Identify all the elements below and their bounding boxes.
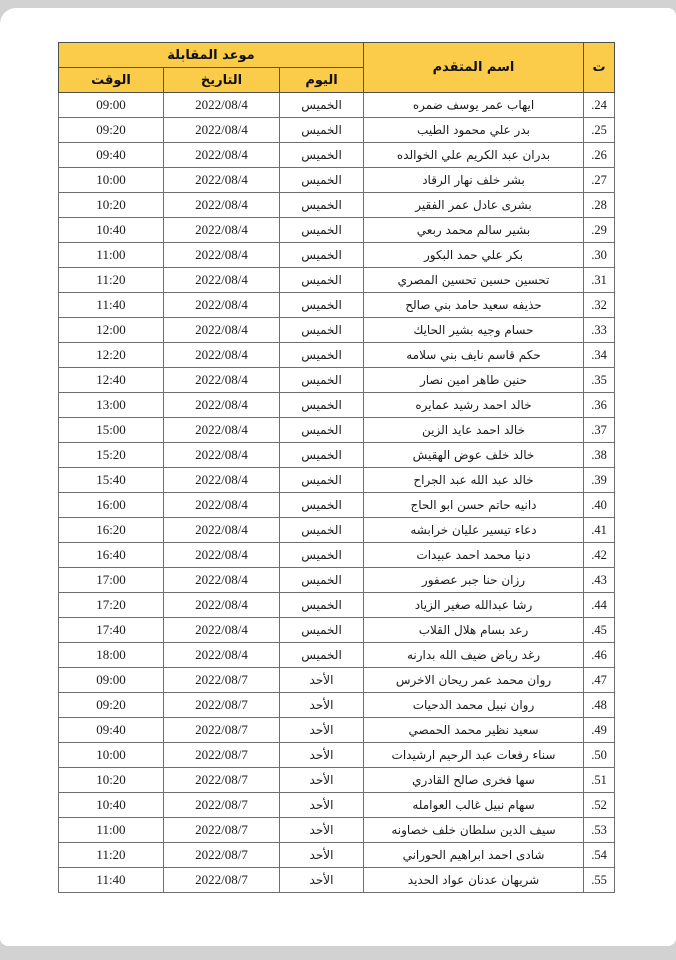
header-applicant-name: اسم المتقدم — [364, 43, 584, 93]
date-cell: 2022/08/4 — [164, 543, 280, 568]
name-cell: بدران عبد الكريم علي الخوالده — [364, 143, 584, 168]
date-cell: 2022/08/7 — [164, 843, 280, 868]
serial-cell: 35. — [584, 368, 615, 393]
name-cell: دانيه حاتم حسن ابو الحاج — [364, 493, 584, 518]
name-cell: سهام نبيل غالب العوامله — [364, 793, 584, 818]
table-row: 36.خالد احمد رشيد عمايرهالخميس2022/08/41… — [59, 393, 615, 418]
name-cell: ايهاب عمر يوسف ضمره — [364, 93, 584, 118]
table-row: 55.شريهان عدنان عواد الحديدالأحد2022/08/… — [59, 868, 615, 893]
table-row: 30.بكر علي حمد البكورالخميس2022/08/411:0… — [59, 243, 615, 268]
name-cell: خالد عبد الله عبد الجراح — [364, 468, 584, 493]
day-cell: الخميس — [280, 568, 364, 593]
name-cell: خالد خلف عوض الهقيش — [364, 443, 584, 468]
serial-cell: 40. — [584, 493, 615, 518]
time-cell: 09:00 — [59, 93, 164, 118]
table-row: 44.رشا عبدالله صغير الزيادالخميس2022/08/… — [59, 593, 615, 618]
day-cell: الخميس — [280, 193, 364, 218]
day-cell: الخميس — [280, 393, 364, 418]
name-cell: بدر علي محمود الطيب — [364, 118, 584, 143]
name-cell: روان نبيل محمد الدحيات — [364, 693, 584, 718]
serial-cell: 45. — [584, 618, 615, 643]
name-cell: بشير سالم محمد ربعي — [364, 218, 584, 243]
time-cell: 10:40 — [59, 218, 164, 243]
serial-cell: 38. — [584, 443, 615, 468]
time-cell: 10:20 — [59, 193, 164, 218]
time-cell: 16:40 — [59, 543, 164, 568]
table-row: 26.بدران عبد الكريم علي الخوالدهالخميس20… — [59, 143, 615, 168]
time-cell: 12:40 — [59, 368, 164, 393]
table-row: 24.ايهاب عمر يوسف ضمرهالخميس2022/08/409:… — [59, 93, 615, 118]
name-cell: سيف الدين سلطان خلف خصاونه — [364, 818, 584, 843]
day-cell: الخميس — [280, 318, 364, 343]
table-row: 27.بشر خلف نهار الرقادالخميس2022/08/410:… — [59, 168, 615, 193]
table-row: 49.سعيد نظير محمد الحمصيالأحد2022/08/709… — [59, 718, 615, 743]
date-cell: 2022/08/7 — [164, 718, 280, 743]
day-cell: الأحد — [280, 743, 364, 768]
time-cell: 11:40 — [59, 293, 164, 318]
serial-cell: 46. — [584, 643, 615, 668]
table-row: 52.سهام نبيل غالب العواملهالأحد2022/08/7… — [59, 793, 615, 818]
table-row: 47.روان محمد عمر ريحان الاخرسالأحد2022/0… — [59, 668, 615, 693]
day-cell: الخميس — [280, 143, 364, 168]
serial-cell: 24. — [584, 93, 615, 118]
table-row: 39.خالد عبد الله عبد الجراحالخميس2022/08… — [59, 468, 615, 493]
date-cell: 2022/08/4 — [164, 143, 280, 168]
serial-cell: 28. — [584, 193, 615, 218]
header-appointment-group: موعد المقابلة — [59, 43, 364, 68]
day-cell: الأحد — [280, 718, 364, 743]
time-cell: 12:00 — [59, 318, 164, 343]
time-cell: 11:40 — [59, 868, 164, 893]
table-row: 33.حسام وجيه بشير الحايكالخميس2022/08/41… — [59, 318, 615, 343]
serial-cell: 52. — [584, 793, 615, 818]
header-date: التاريخ — [164, 68, 280, 93]
serial-cell: 36. — [584, 393, 615, 418]
table-row: 38.خالد خلف عوض الهقيشالخميس2022/08/415:… — [59, 443, 615, 468]
serial-cell: 30. — [584, 243, 615, 268]
date-cell: 2022/08/4 — [164, 418, 280, 443]
time-cell: 09:40 — [59, 143, 164, 168]
time-cell: 15:40 — [59, 468, 164, 493]
table-row: 29.بشير سالم محمد ربعيالخميس2022/08/410:… — [59, 218, 615, 243]
name-cell: شريهان عدنان عواد الحديد — [364, 868, 584, 893]
day-cell: الخميس — [280, 168, 364, 193]
day-cell: الأحد — [280, 818, 364, 843]
day-cell: الأحد — [280, 668, 364, 693]
day-cell: الخميس — [280, 93, 364, 118]
serial-cell: 55. — [584, 868, 615, 893]
date-cell: 2022/08/7 — [164, 868, 280, 893]
name-cell: رعد بسام هلال القلاب — [364, 618, 584, 643]
serial-cell: 44. — [584, 593, 615, 618]
name-cell: سناء رفعات عبد الرحيم ارشيدات — [364, 743, 584, 768]
table-row: 35.حنين طاهر امين نصارالخميس2022/08/412:… — [59, 368, 615, 393]
time-cell: 09:40 — [59, 718, 164, 743]
serial-cell: 50. — [584, 743, 615, 768]
time-cell: 10:20 — [59, 768, 164, 793]
name-cell: سها فخرى صالح القادري — [364, 768, 584, 793]
name-cell: رزان حنا جبر عصفور — [364, 568, 584, 593]
serial-cell: 54. — [584, 843, 615, 868]
day-cell: الأحد — [280, 693, 364, 718]
serial-cell: 42. — [584, 543, 615, 568]
table-row: 32.حذيفه سعيد حامد بني صالحالخميس2022/08… — [59, 293, 615, 318]
table-row: 37.خالد احمد عايد الزينالخميس2022/08/415… — [59, 418, 615, 443]
table-header: ت اسم المتقدم موعد المقابلة اليوم التاري… — [59, 43, 615, 93]
date-cell: 2022/08/7 — [164, 793, 280, 818]
table-row: 42.دنيا محمد احمد عبيداتالخميس2022/08/41… — [59, 543, 615, 568]
time-cell: 10:00 — [59, 168, 164, 193]
time-cell: 11:00 — [59, 243, 164, 268]
table-row: 28.بشرى عادل عمر الفقيرالخميس2022/08/410… — [59, 193, 615, 218]
date-cell: 2022/08/4 — [164, 518, 280, 543]
table-row: 45.رعد بسام هلال القلابالخميس2022/08/417… — [59, 618, 615, 643]
serial-cell: 33. — [584, 318, 615, 343]
serial-cell: 25. — [584, 118, 615, 143]
name-cell: تحسين حسين تحسين المصري — [364, 268, 584, 293]
serial-cell: 43. — [584, 568, 615, 593]
date-cell: 2022/08/4 — [164, 293, 280, 318]
day-cell: الخميس — [280, 293, 364, 318]
table-row: 50.سناء رفعات عبد الرحيم ارشيداتالأحد202… — [59, 743, 615, 768]
day-cell: الخميس — [280, 543, 364, 568]
day-cell: الخميس — [280, 618, 364, 643]
serial-cell: 27. — [584, 168, 615, 193]
day-cell: الأحد — [280, 793, 364, 818]
table-row: 31.تحسين حسين تحسين المصريالخميس2022/08/… — [59, 268, 615, 293]
serial-cell: 49. — [584, 718, 615, 743]
date-cell: 2022/08/4 — [164, 218, 280, 243]
date-cell: 2022/08/4 — [164, 593, 280, 618]
day-cell: الخميس — [280, 593, 364, 618]
time-cell: 10:40 — [59, 793, 164, 818]
name-cell: حسام وجيه بشير الحايك — [364, 318, 584, 343]
serial-cell: 32. — [584, 293, 615, 318]
serial-cell: 39. — [584, 468, 615, 493]
name-cell: رغد رياض ضيف الله بدارنه — [364, 643, 584, 668]
date-cell: 2022/08/4 — [164, 468, 280, 493]
date-cell: 2022/08/4 — [164, 643, 280, 668]
table-body: 24.ايهاب عمر يوسف ضمرهالخميس2022/08/409:… — [59, 93, 615, 893]
time-cell: 18:00 — [59, 643, 164, 668]
serial-cell: 34. — [584, 343, 615, 368]
date-cell: 2022/08/4 — [164, 618, 280, 643]
date-cell: 2022/08/4 — [164, 168, 280, 193]
date-cell: 2022/08/7 — [164, 818, 280, 843]
time-cell: 17:00 — [59, 568, 164, 593]
serial-cell: 41. — [584, 518, 615, 543]
header-day: اليوم — [280, 68, 364, 93]
name-cell: حنين طاهر امين نصار — [364, 368, 584, 393]
time-cell: 11:00 — [59, 818, 164, 843]
table-row: 25.بدر علي محمود الطيبالخميس2022/08/409:… — [59, 118, 615, 143]
serial-cell: 29. — [584, 218, 615, 243]
name-cell: روان محمد عمر ريحان الاخرس — [364, 668, 584, 693]
time-cell: 15:00 — [59, 418, 164, 443]
date-cell: 2022/08/4 — [164, 318, 280, 343]
serial-cell: 51. — [584, 768, 615, 793]
day-cell: الخميس — [280, 243, 364, 268]
date-cell: 2022/08/4 — [164, 343, 280, 368]
date-cell: 2022/08/4 — [164, 193, 280, 218]
date-cell: 2022/08/4 — [164, 568, 280, 593]
document-page: ت اسم المتقدم موعد المقابلة اليوم التاري… — [0, 8, 676, 946]
time-cell: 12:20 — [59, 343, 164, 368]
time-cell: 13:00 — [59, 393, 164, 418]
header-row-top: ت اسم المتقدم موعد المقابلة — [59, 43, 615, 68]
table-row: 40.دانيه حاتم حسن ابو الحاجالخميس2022/08… — [59, 493, 615, 518]
date-cell: 2022/08/4 — [164, 118, 280, 143]
interview-schedule-table: ت اسم المتقدم موعد المقابلة اليوم التاري… — [58, 42, 615, 893]
serial-cell: 31. — [584, 268, 615, 293]
day-cell: الأحد — [280, 768, 364, 793]
day-cell: الخميس — [280, 418, 364, 443]
serial-cell: 53. — [584, 818, 615, 843]
name-cell: خالد احمد عايد الزين — [364, 418, 584, 443]
day-cell: الأحد — [280, 843, 364, 868]
time-cell: 11:20 — [59, 843, 164, 868]
name-cell: حكم قاسم نايف بني سلامه — [364, 343, 584, 368]
time-cell: 10:00 — [59, 743, 164, 768]
serial-cell: 26. — [584, 143, 615, 168]
serial-cell: 47. — [584, 668, 615, 693]
name-cell: دعاء تيسير عليان خرابشه — [364, 518, 584, 543]
table-row: 48.روان نبيل محمد الدحياتالأحد2022/08/70… — [59, 693, 615, 718]
time-cell: 16:20 — [59, 518, 164, 543]
name-cell: بشرى عادل عمر الفقير — [364, 193, 584, 218]
day-cell: الأحد — [280, 868, 364, 893]
table-row: 53.سيف الدين سلطان خلف خصاونهالأحد2022/0… — [59, 818, 615, 843]
date-cell: 2022/08/4 — [164, 268, 280, 293]
day-cell: الخميس — [280, 368, 364, 393]
serial-cell: 37. — [584, 418, 615, 443]
table-row: 43.رزان حنا جبر عصفورالخميس2022/08/417:0… — [59, 568, 615, 593]
name-cell: دنيا محمد احمد عبيدات — [364, 543, 584, 568]
time-cell: 17:40 — [59, 618, 164, 643]
day-cell: الخميس — [280, 468, 364, 493]
name-cell: سعيد نظير محمد الحمصي — [364, 718, 584, 743]
serial-cell: 48. — [584, 693, 615, 718]
name-cell: رشا عبدالله صغير الزياد — [364, 593, 584, 618]
day-cell: الخميس — [280, 268, 364, 293]
day-cell: الخميس — [280, 218, 364, 243]
table-row: 41.دعاء تيسير عليان خرابشهالخميس2022/08/… — [59, 518, 615, 543]
table-row: 51.سها فخرى صالح القادريالأحد2022/08/710… — [59, 768, 615, 793]
date-cell: 2022/08/4 — [164, 243, 280, 268]
day-cell: الخميس — [280, 643, 364, 668]
table-row: 46.رغد رياض ضيف الله بدارنهالخميس2022/08… — [59, 643, 615, 668]
date-cell: 2022/08/7 — [164, 693, 280, 718]
table-row: 34.حكم قاسم نايف بني سلامهالخميس2022/08/… — [59, 343, 615, 368]
date-cell: 2022/08/4 — [164, 393, 280, 418]
day-cell: الخميس — [280, 493, 364, 518]
time-cell: 09:20 — [59, 693, 164, 718]
name-cell: خالد احمد رشيد عمايره — [364, 393, 584, 418]
time-cell: 09:20 — [59, 118, 164, 143]
day-cell: الخميس — [280, 443, 364, 468]
name-cell: حذيفه سعيد حامد بني صالح — [364, 293, 584, 318]
header-serial: ت — [584, 43, 615, 93]
date-cell: 2022/08/4 — [164, 93, 280, 118]
table-row: 54.شادى احمد ابراهيم الحورانيالأحد2022/0… — [59, 843, 615, 868]
time-cell: 17:20 — [59, 593, 164, 618]
time-cell: 11:20 — [59, 268, 164, 293]
day-cell: الخميس — [280, 118, 364, 143]
name-cell: بشر خلف نهار الرقاد — [364, 168, 584, 193]
time-cell: 16:00 — [59, 493, 164, 518]
date-cell: 2022/08/4 — [164, 493, 280, 518]
date-cell: 2022/08/7 — [164, 743, 280, 768]
date-cell: 2022/08/4 — [164, 368, 280, 393]
date-cell: 2022/08/4 — [164, 443, 280, 468]
name-cell: بكر علي حمد البكور — [364, 243, 584, 268]
time-cell: 09:00 — [59, 668, 164, 693]
date-cell: 2022/08/7 — [164, 768, 280, 793]
date-cell: 2022/08/7 — [164, 668, 280, 693]
day-cell: الخميس — [280, 518, 364, 543]
header-time: الوقت — [59, 68, 164, 93]
name-cell: شادى احمد ابراهيم الحوراني — [364, 843, 584, 868]
time-cell: 15:20 — [59, 443, 164, 468]
day-cell: الخميس — [280, 343, 364, 368]
